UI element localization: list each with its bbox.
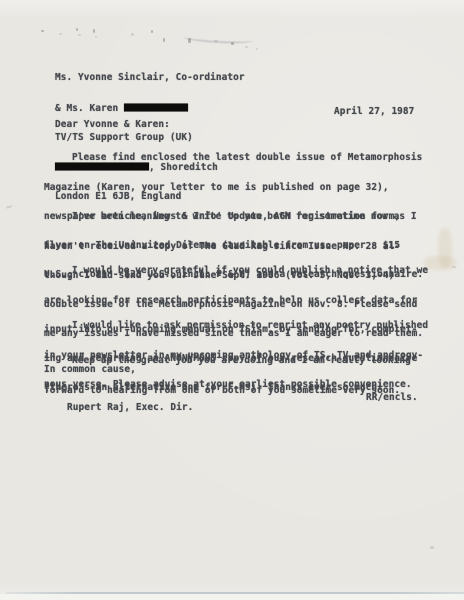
scan-speck [245,46,248,48]
scan-speck [78,34,81,36]
reference-initials: RR/encls. [366,393,418,403]
paragraph-line: I would be very grateful if you could pu… [44,266,444,276]
scanned-letter-page: Ms. Yvonne Sinclair, Co-ordinator & Ms. … [0,0,464,600]
signature-name: Rupert Raj, Exec. Dir. [67,402,193,413]
scan-speck [59,33,62,35]
scan-speck [163,38,165,42]
scan-speck [93,29,95,33]
scan-speck [430,546,434,549]
paragraph-line: I've been meaning to write to you both f… [44,212,444,222]
scan-edge-margin [0,594,464,600]
scan-smudge [183,32,253,45]
paragraph-line: Please find enclosed the latest double i… [44,153,444,163]
letter-date: April 27, 1987 [334,107,414,117]
redaction-bar [124,103,188,111]
closing-line: In common cause, [44,365,136,375]
signature-row: Rupert Raj, Exec. Dir. RR/encls. [44,393,420,432]
scan-mark [6,205,12,208]
recipient-name: Ms. Yvonne Sinclair, Co-ordinator [55,73,245,83]
recipient-name-2-text: & Ms. Karen [55,103,124,114]
scan-speck [41,30,44,32]
paragraph-line: Magazine (Karen, your letter to me is pu… [44,183,444,193]
scan-speck [214,40,218,42]
recipient-name-2: & Ms. Karen [55,103,245,114]
scan-speck [256,48,258,50]
salutation: Dear Yvonne & Karen: [55,120,170,130]
scan-speck [95,36,97,38]
scan-speck [131,33,134,36]
scan-speck [151,30,153,33]
scan-speck [188,38,191,43]
scan-speck [231,42,234,45]
scan-speck [452,265,456,268]
scan-speck [76,28,78,31]
paragraph-line: I would like to ask permission to reprin… [44,321,444,331]
